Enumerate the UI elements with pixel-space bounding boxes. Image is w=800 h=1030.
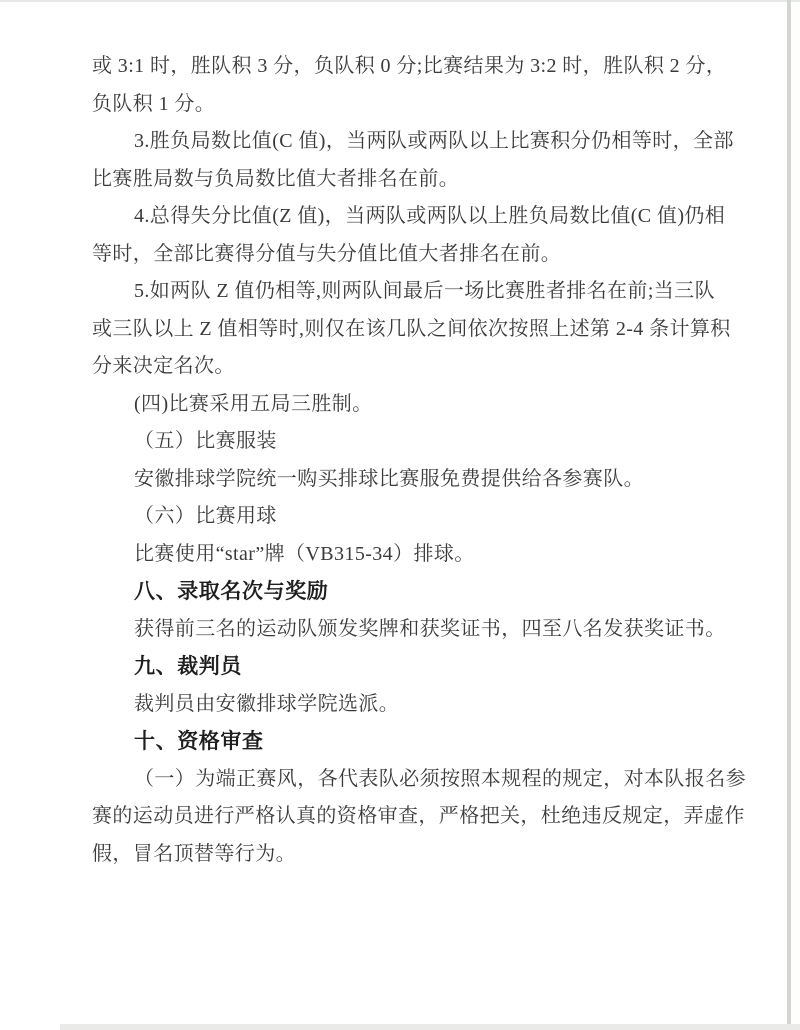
doc-line-awards-detail: 获得前三名的运动队颁发奖牌和获奖证书，四至八名发获奖证书。 [92, 611, 742, 649]
heading-awards: 八、录取名次与奖励 [92, 573, 742, 611]
doc-line-qualification-1: （一）为端正赛风，各代表队必须按照本规程的规定，对本队报名参 [92, 761, 742, 799]
doc-line-item-5-uniform: （五）比赛服装 [92, 423, 742, 461]
doc-line-rule-5-end: 分来决定名次。 [92, 348, 742, 386]
doc-line-uniform-detail: 安徽排球学院统一购买排球比赛服免费提供给各参赛队。 [92, 461, 742, 499]
doc-line-rule-5-cont: 或三队以上 Z 值相等时,则仅在该几队之间依次按照上述第 2-4 条计算积 [92, 311, 742, 349]
page-bottom-edge [60, 1024, 800, 1030]
doc-line-rule-5: 5.如两队 Z 值仍相等,则两队间最后一场比赛胜者排名在前;当三队 [92, 273, 742, 311]
doc-line-qualification-1-cont: 赛的运动员进行严格认真的资格审查，严格把关，杜绝违反规定，弄虚作 [92, 798, 742, 836]
doc-line-rule-3-cont: 比赛胜局数与负局数比值大者排名在前。 [92, 161, 742, 199]
page-top-edge [0, 0, 800, 2]
doc-line-item-4-format: (四)比赛采用五局三胜制。 [92, 386, 742, 424]
page-right-edge [787, 0, 791, 1030]
document-page: 或 3:1 时，胜队积 3 分，负队积 0 分;比赛结果为 3:2 时，胜队积 … [0, 0, 800, 1030]
doc-line-score-rule-end: 负队积 1 分。 [92, 86, 742, 124]
doc-line-item-6-ball: （六）比赛用球 [92, 498, 742, 536]
document-content: 或 3:1 时，胜队积 3 分，负队积 0 分;比赛结果为 3:2 时，胜队积 … [92, 48, 742, 873]
doc-line-ball-detail: 比赛使用“star”牌（VB315-34）排球。 [92, 536, 742, 574]
doc-line-rule-3: 3.胜负局数比值(C 值)，当两队或两队以上比赛积分仍相等时，全部 [92, 123, 742, 161]
doc-line-score-rule-cont: 或 3:1 时，胜队积 3 分，负队积 0 分;比赛结果为 3:2 时，胜队积 … [92, 48, 742, 86]
doc-line-qualification-1-end: 假，冒名顶替等行为。 [92, 836, 742, 874]
doc-line-rule-4: 4.总得失分比值(Z 值)，当两队或两队以上胜负局数比值(C 值)仍相 [92, 198, 742, 236]
heading-qualification: 十、资格审查 [92, 723, 742, 761]
heading-referees: 九、裁判员 [92, 648, 742, 686]
doc-line-rule-4-cont: 等时，全部比赛得分值与失分值比值大者排名在前。 [92, 236, 742, 274]
doc-line-referees-detail: 裁判员由安徽排球学院选派。 [92, 686, 742, 724]
